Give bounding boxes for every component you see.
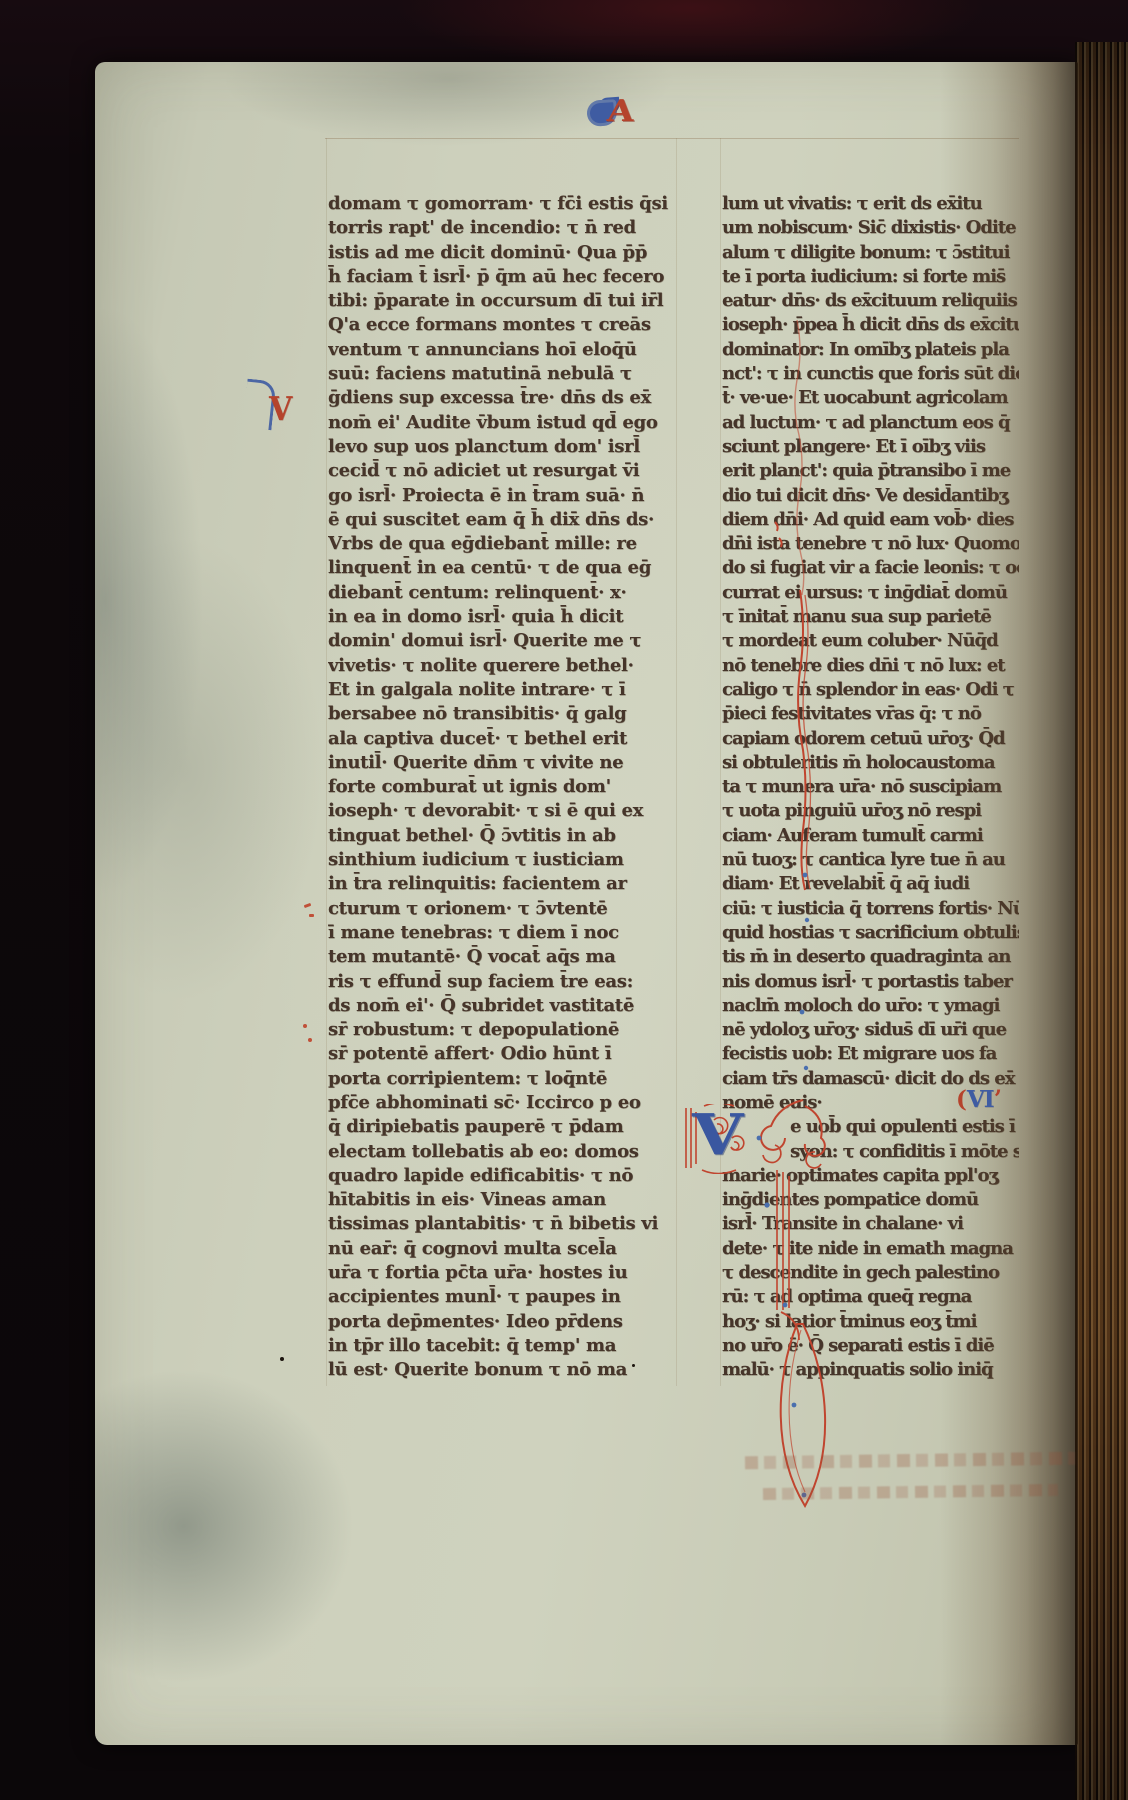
text-line: accipientes munl̄· τ paupes in: [328, 1285, 674, 1309]
dropcap-initial: V: [680, 1104, 762, 1174]
text-line: sr̄ robustum: τ depopulationē: [328, 1018, 674, 1042]
text-line: tissimas plantabitis· τ n̄ bibetis vi: [328, 1212, 674, 1236]
text-line: tibi: p̄parate in occursum dī tui ir̄l: [328, 289, 674, 313]
text-line: ur̄a τ fortia pc̄ta ur̄a· hostes iu: [328, 1261, 674, 1285]
text-line: ī mane tenebras: τ diem ī noc: [328, 921, 674, 945]
text-line: go isrl̄· Proiecta ē in t̄ram suā· n̄: [328, 484, 674, 508]
text-line: nū ear̄: q̄ cognovi multa scel̄a: [328, 1237, 674, 1261]
margin-tick: [303, 1024, 307, 1028]
text-line: nom̄ ei' Audite v̄bum istud qd̄ ego: [328, 411, 674, 435]
parchment-page: A V domam τ gomorram· τ fc̄i estis q̄sit…: [95, 62, 1078, 1745]
text-line: ris τ effund̄ sup faciem t̄re eas:: [328, 970, 674, 994]
text-line: porta dep̄mentes· Ideo pr̄dens: [328, 1310, 674, 1334]
text-line: ala captiva ducet̄· τ bethel erit: [328, 727, 674, 751]
chapter-vi-letters: VI: [967, 1086, 994, 1113]
text-line: inutil̄· Querite dn̄m τ vivite ne: [328, 751, 674, 775]
text-column-left: domam τ gomorram· τ fc̄i estis q̄sitorri…: [328, 192, 674, 1383]
text-line: istis ad me dicit dominū· Qua p̄p̄: [328, 241, 674, 265]
chapter-numeral-v: V: [245, 378, 305, 438]
margin-tick: [308, 1038, 312, 1042]
text-line: Et in galgala nolite intrare· τ ī: [328, 678, 674, 702]
chapter-numeral-vi: (VIʼ: [956, 1086, 1002, 1113]
text-line: vivetis· τ nolite querere bethel·: [328, 654, 674, 678]
ink-speck: [632, 1364, 635, 1367]
text-line: ḡdiens sup excessa t̄re· dn̄s ds ex̄: [328, 386, 674, 410]
text-line: quadro lapide edificabitis· τ nō: [328, 1164, 674, 1188]
running-title-letter: A: [606, 94, 636, 129]
text-line: levo sup uos planctum dom' isrl̄: [328, 435, 674, 459]
text-line: ventum τ annuncians hoī eloq̄ū: [328, 338, 674, 362]
text-line: pfc̄e abhominati sc̄· Iccirco p eo: [328, 1091, 674, 1115]
text-line: q̄ diripiebatis pauperē τ p̄dam: [328, 1115, 674, 1139]
manuscript-photo: A V domam τ gomorram· τ fc̄i estis q̄sit…: [0, 0, 1128, 1800]
text-line: porta corripientem: τ loq̄ntē: [328, 1067, 674, 1091]
text-line: tinguat bethel· Q̄ ɔ̄vtitis in ab: [328, 824, 674, 848]
dropcap-letter: V: [692, 1102, 743, 1168]
text-line: cturum τ orionem· τ ɔ̄vtentē: [328, 897, 674, 921]
text-line: Vrbs de qua eḡdiebant̄ mille: re: [328, 532, 674, 556]
text-line: h̄ faciam t̄ isrl̄· p̄ q̄m aū hec fecero: [328, 265, 674, 289]
text-line: tem mutantē· Q̄ vocat̄ aq̄s ma: [328, 945, 674, 969]
text-line: suū: faciens matutinā nebulā τ: [328, 362, 674, 386]
top-ruling-line: [325, 138, 1019, 139]
text-line: cecid̄ τ nō adiciet ut resurgat v̄i: [328, 459, 674, 483]
chapter-vi-open-paraph: (: [956, 1086, 967, 1113]
text-line: um nobiscum· Sic̄ dixistis· Odite m: [722, 216, 1019, 240]
text-line: forte comburat̄ ut ignis dom': [328, 775, 674, 799]
text-line: alum τ diligite bonum: τ ɔ̄stitui: [722, 241, 1019, 265]
text-line: sr̄ potentē affert· Odio hūnt ī: [328, 1042, 674, 1066]
text-line: in t̄ra relinquitis: facientem ar: [328, 872, 674, 896]
text-line: te ī porta iudicium: si forte mis̄: [722, 265, 1019, 289]
text-line: Q'a ecce formans montes τ creās: [328, 313, 674, 337]
chapter-v-letter: V: [269, 390, 292, 429]
chapter-vi-close-paraph: ʼ: [994, 1086, 1002, 1113]
text-line: sinthium iudicium τ iusticiam: [328, 848, 674, 872]
text-line: hītabitis in eis· Vineas aman: [328, 1188, 674, 1212]
text-line: domam τ gomorram· τ fc̄i estis q̄si: [328, 192, 674, 216]
text-line: domin' domui isrl̄· Querite me τ: [328, 629, 674, 653]
text-line: bersabee nō transibitis· q̄ galg: [328, 702, 674, 726]
margin-tick: [304, 903, 312, 908]
running-title: A: [587, 94, 651, 136]
ink-speck: [280, 1357, 284, 1361]
left-column-ruling-line: [326, 138, 327, 1386]
text-line: ds nom̄ ei'· Q̄ subridet vastitatē: [328, 994, 674, 1018]
text-line: electam tollebatis ab eo: domos: [328, 1140, 674, 1164]
penwork-flourish-icon: [655, 300, 865, 1540]
text-line: linquent̄ in ea centū· τ de qua eḡ: [328, 556, 674, 580]
text-line: diebant̄ centum: relinquent̄· x·: [328, 581, 674, 605]
text-line: in tp̄r illo tacebit: q̄ temp' ma: [328, 1334, 674, 1358]
text-line: ioseph· τ devorabit· τ si ē qui ex: [328, 799, 674, 823]
text-line: in ea in domo isrl̄· quia h̄ dicit: [328, 605, 674, 629]
margin-tick: [309, 914, 314, 917]
text-line: ē qui suscitet eam q̄ h̄ dix̄ dn̄s ds·: [328, 508, 674, 532]
page-stack-edge: [1075, 42, 1128, 1800]
text-line: torris rapt' de incendio: τ n̄ red: [328, 216, 674, 240]
text-line: lū est· Querite bonum τ nō ma: [328, 1358, 674, 1382]
text-line: lum ut vivatis: τ erit ds ex̄itu: [722, 192, 1019, 216]
